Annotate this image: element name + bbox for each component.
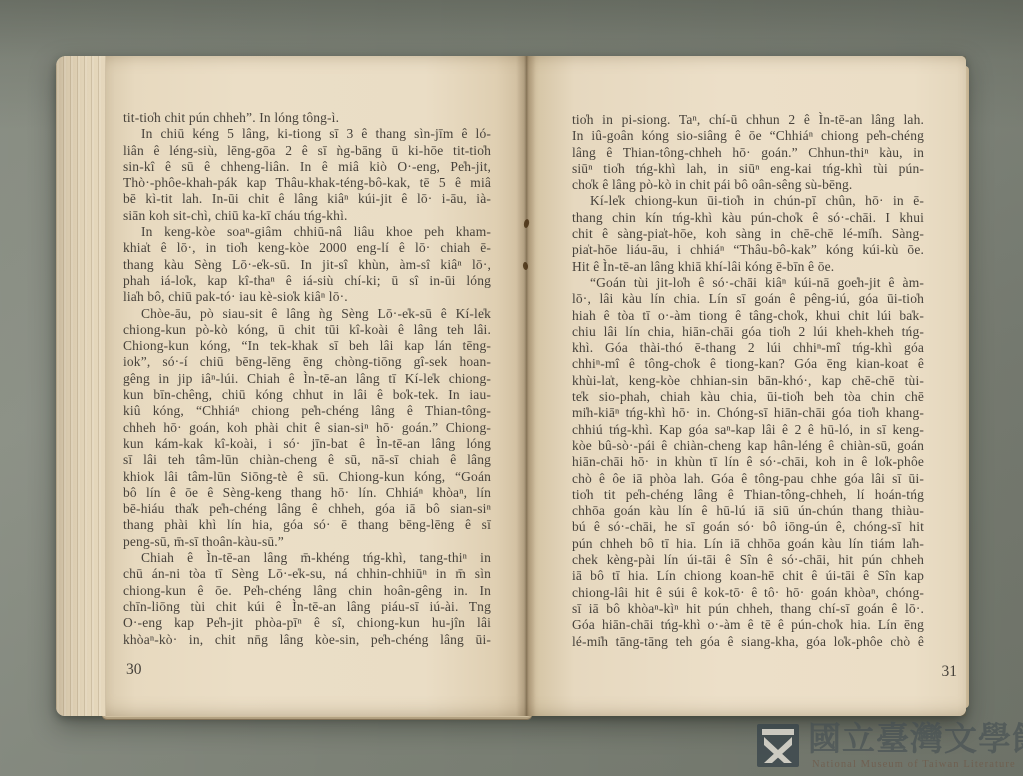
text-line: pia̍t-hōe liáu-āu, i chhiáⁿ “Thâu-bô-kak… (572, 242, 924, 258)
text-line: thang kàu Sèng Lō·-e̍k-sū. In jit-sî khù… (123, 257, 491, 273)
text-line: khiok lâi tâm-lūn Siōng-tè ê sū. Chiong-… (123, 469, 491, 485)
text-line: chū án-ni tòa tī Sèng Lō·-e̍k-su, ná chh… (123, 566, 491, 582)
text-line: peng-sū, m̄-sī thoân-kàu-sū.” (123, 534, 491, 550)
text-line: Chòe-āu, pò siau-sit ê lâng ǹg Sèng Lō·-… (123, 306, 491, 322)
museum-title-zh: 國立臺灣文學館 (808, 722, 1023, 758)
text-line: chò ê ôe iā phòa lah. Góa ê tông-pau chh… (572, 471, 924, 487)
text-line: gêng in jip iâⁿ-lúi. Chiah ê Ìn-tē-an lâ… (123, 371, 491, 387)
right-page-text: tio̍h in pi-siong. Taⁿ, chí-ū chhun 2 ê … (572, 112, 924, 650)
left-page: tit-tio̍h chit pún chheh”. In lóng tông-… (106, 56, 526, 716)
text-line: chīn-liōng tùi chit kúi ê Ìn-tē-an lâng … (123, 599, 491, 615)
text-line: chhiú tńg-khì. Kap góa saⁿ-kap lâi ê 2 ê… (572, 422, 924, 438)
text-line: chiu lâi lín chia, hiān-chāi góa tio̍h 2… (572, 324, 924, 340)
text-line: tit-tio̍h chit pún chheh”. In lóng tông-… (123, 110, 491, 126)
museum-logo-icon (757, 722, 799, 767)
text-line: sin-kî ê sū ê chheng-liân. In ê miâ kiò … (123, 159, 491, 175)
text-line: Góa hiān-chāi tńg-khì o·-àm ê tē ê pún-c… (572, 617, 924, 633)
text-line: lō·, lâi kàu lín chia. Lín sī goán ê pên… (572, 291, 924, 307)
text-line: hiah ê tòa tī o·-àm tiong ê tâng-cho̍k, … (572, 308, 924, 324)
text-line: chheh hō· goán, koh phài chit ê sian-siⁿ… (123, 420, 491, 436)
text-line: bē-hiáu tha̍k pe̍h-chéng lâng ê chheh, g… (123, 501, 491, 517)
left-page-text: tit-tio̍h chit pún chheh”. In lóng tông-… (123, 110, 491, 648)
text-line: lé-mi̍h tāng-tāng teh góa ê siang-kha, g… (572, 634, 924, 650)
text-line: chit ê sàng-pia̍t-hōe, koh sàng in chē-c… (572, 226, 924, 242)
text-line: Chiong-kun kóng, “In tek-khak sī beh lâi… (123, 338, 491, 354)
text-line: Kí-le̍k chiong-kun ūi-tio̍h in chún-pī c… (572, 193, 924, 209)
text-line: kun kám-kak kî-koài, i só· jīn-bat ê Ìn-… (123, 436, 491, 452)
text-line: pún chheh bô tī hia. Lín iā chhōa goán k… (572, 536, 924, 552)
right-page-number: 31 (942, 663, 958, 681)
text-line: Chiah ê Ìn-tē-an lâng m̄-khéng tńg-khì, … (123, 550, 491, 566)
text-line: lâng ê Thian-tông-chheh hō· goán.” Chhun… (572, 145, 924, 161)
text-line: lia̍h bô, chiū pak-tó· iau kè-sio̍k kiâⁿ… (123, 289, 491, 305)
text-line: siān koh sit-chì, chiū ka-kī cháu tńg-kh… (123, 208, 491, 224)
museum-watermark: 國立臺灣文學館 National Museum of Taiwan Litera… (757, 722, 1023, 770)
text-line: kiû kóng, “Chhiáⁿ chiong pe̍h-chéng lâng… (123, 403, 491, 419)
text-line: In chiū kéng 5 lâng, ki-tiong sī 3 ê tha… (123, 126, 491, 142)
left-page-number: 30 (126, 661, 142, 679)
text-line: chiong-lâi hit ê súi ê kok-tō· ê tô· hō·… (572, 585, 924, 601)
text-line: iā bô tī hia. Lín chiong koan-hē chit ê … (572, 568, 924, 584)
text-line: cho̍k ê lâng pò-kò in chit pái bô oân-sê… (572, 177, 924, 193)
text-line: chhiⁿ-mî ê tông-cho̍k ê tiong-kan? Góa ē… (572, 356, 924, 372)
text-line: khòaⁿ-kò· in, chit nn̄g lâng kòe-sin, pe… (123, 632, 491, 648)
text-line: liân ê léng-siù, lēng-gōa 2 ê sī ǹg-bāng… (123, 143, 491, 159)
text-line: thang phài khì lín hia, góa só· ē thang … (123, 517, 491, 533)
open-book: tit-tio̍h chit pún chheh”. In lóng tông-… (56, 56, 966, 716)
text-line: chhōa goán kàu lín ê hū-lú iā siū ún-chú… (572, 503, 924, 519)
text-line: te̍k sio-phah, chiah kàu chia, ūi-tio̍h … (572, 389, 924, 405)
text-line: sī iā bô khòaⁿ-kìⁿ hit pún chheh, thang … (572, 601, 924, 617)
page-edges-left (56, 56, 108, 716)
text-line: O·-eng kap Pe̍h-jit phòa-pīⁿ ê sî, chion… (123, 615, 491, 631)
text-line: thang chin kín tńg-khì kàu pún-cho̍k ê s… (572, 210, 924, 226)
text-line: khia̍t ê lō·, in tio̍h keng-kòe 2000 eng… (123, 240, 491, 256)
text-line: bú ê só·-chāi, he sī goán só· bô iōng-ún… (572, 519, 924, 535)
text-line: tio̍h tit pe̍h-chéng lâng ê Thian-tông-c… (572, 487, 924, 503)
text-line: Thò·-phôe-khah-pák kap Thâu-khak-téng-bô… (123, 175, 491, 191)
text-line: chiong-kun ê ōe. Pe̍h-chéng lâng chin ho… (123, 583, 491, 599)
museum-watermark-text: 國立臺灣文學館 National Museum of Taiwan Litera… (808, 722, 1023, 770)
text-line: bô lín ê ōe ê Sèng-keng thang hō· lín. C… (123, 485, 491, 501)
text-line: Hit ê Ìn-tē-an lâng khiā khí-lâi kóng ē-… (572, 259, 924, 275)
text-line: kun bīn-chêng, chiū kóng chhut in lâi ê … (123, 387, 491, 403)
photo-background: tit-tio̍h chit pún chheh”. In lóng tông-… (0, 0, 1023, 776)
text-line: mi̍h-kiāⁿ tńg-khì hō· in. Chóng-sī hiān-… (572, 405, 924, 421)
text-line: khùi-la̍t, keng-kòe chhian-sin bān-khó·,… (572, 373, 924, 389)
text-line: sī lâi teh tâm-lūn chiàn-cheng ê sū, nā-… (123, 452, 491, 468)
text-line: phah iá-lo̍k, kap kî-thaⁿ ê iá-siù chí-k… (123, 273, 491, 289)
text-line: khì. Góa thài-thó ē-thang 2 lúi chhiⁿ-mî… (572, 340, 924, 356)
text-line: chek kèng-pài lín úi-tāi ê Sîn ê só·-chā… (572, 552, 924, 568)
text-line: In keng-kòe soaⁿ-giâm chhiū-nâ liâu khoe… (123, 224, 491, 240)
museum-title-en: National Museum of Taiwan Literature (812, 759, 1023, 770)
text-line: “Goán tùi jit-lo̍h ê só·-chāi kiâⁿ kúi-n… (572, 275, 924, 291)
text-line: iok”, só·-í chiū bēng-lēng ēng chòng-tiō… (123, 354, 491, 370)
text-line: siūⁿ tio̍h tńg-khì lah, in siūⁿ eng-kai … (572, 161, 924, 177)
text-line: tio̍h in pi-siong. Taⁿ, chí-ū chhun 2 ê … (572, 112, 924, 128)
text-line: bē kì-tit lah. In-ūi chit ê lâng kiâⁿ kú… (123, 191, 491, 207)
right-page: tio̍h in pi-siong. Taⁿ, chí-ū chhun 2 ê … (526, 56, 966, 716)
text-line: kòe bû-sò·-pái ê chiàn-cheng kap hân-lén… (572, 438, 924, 454)
text-line: hiān-chāi hō· in khùn tī lín ê só·-chāi,… (572, 454, 924, 470)
text-line: chiong-kun pò-kò kóng, ū chit tūi kî-koà… (123, 322, 491, 338)
text-line: In iû-goân kóng sio-siâng ê ōe “Chhiáⁿ c… (572, 128, 924, 144)
